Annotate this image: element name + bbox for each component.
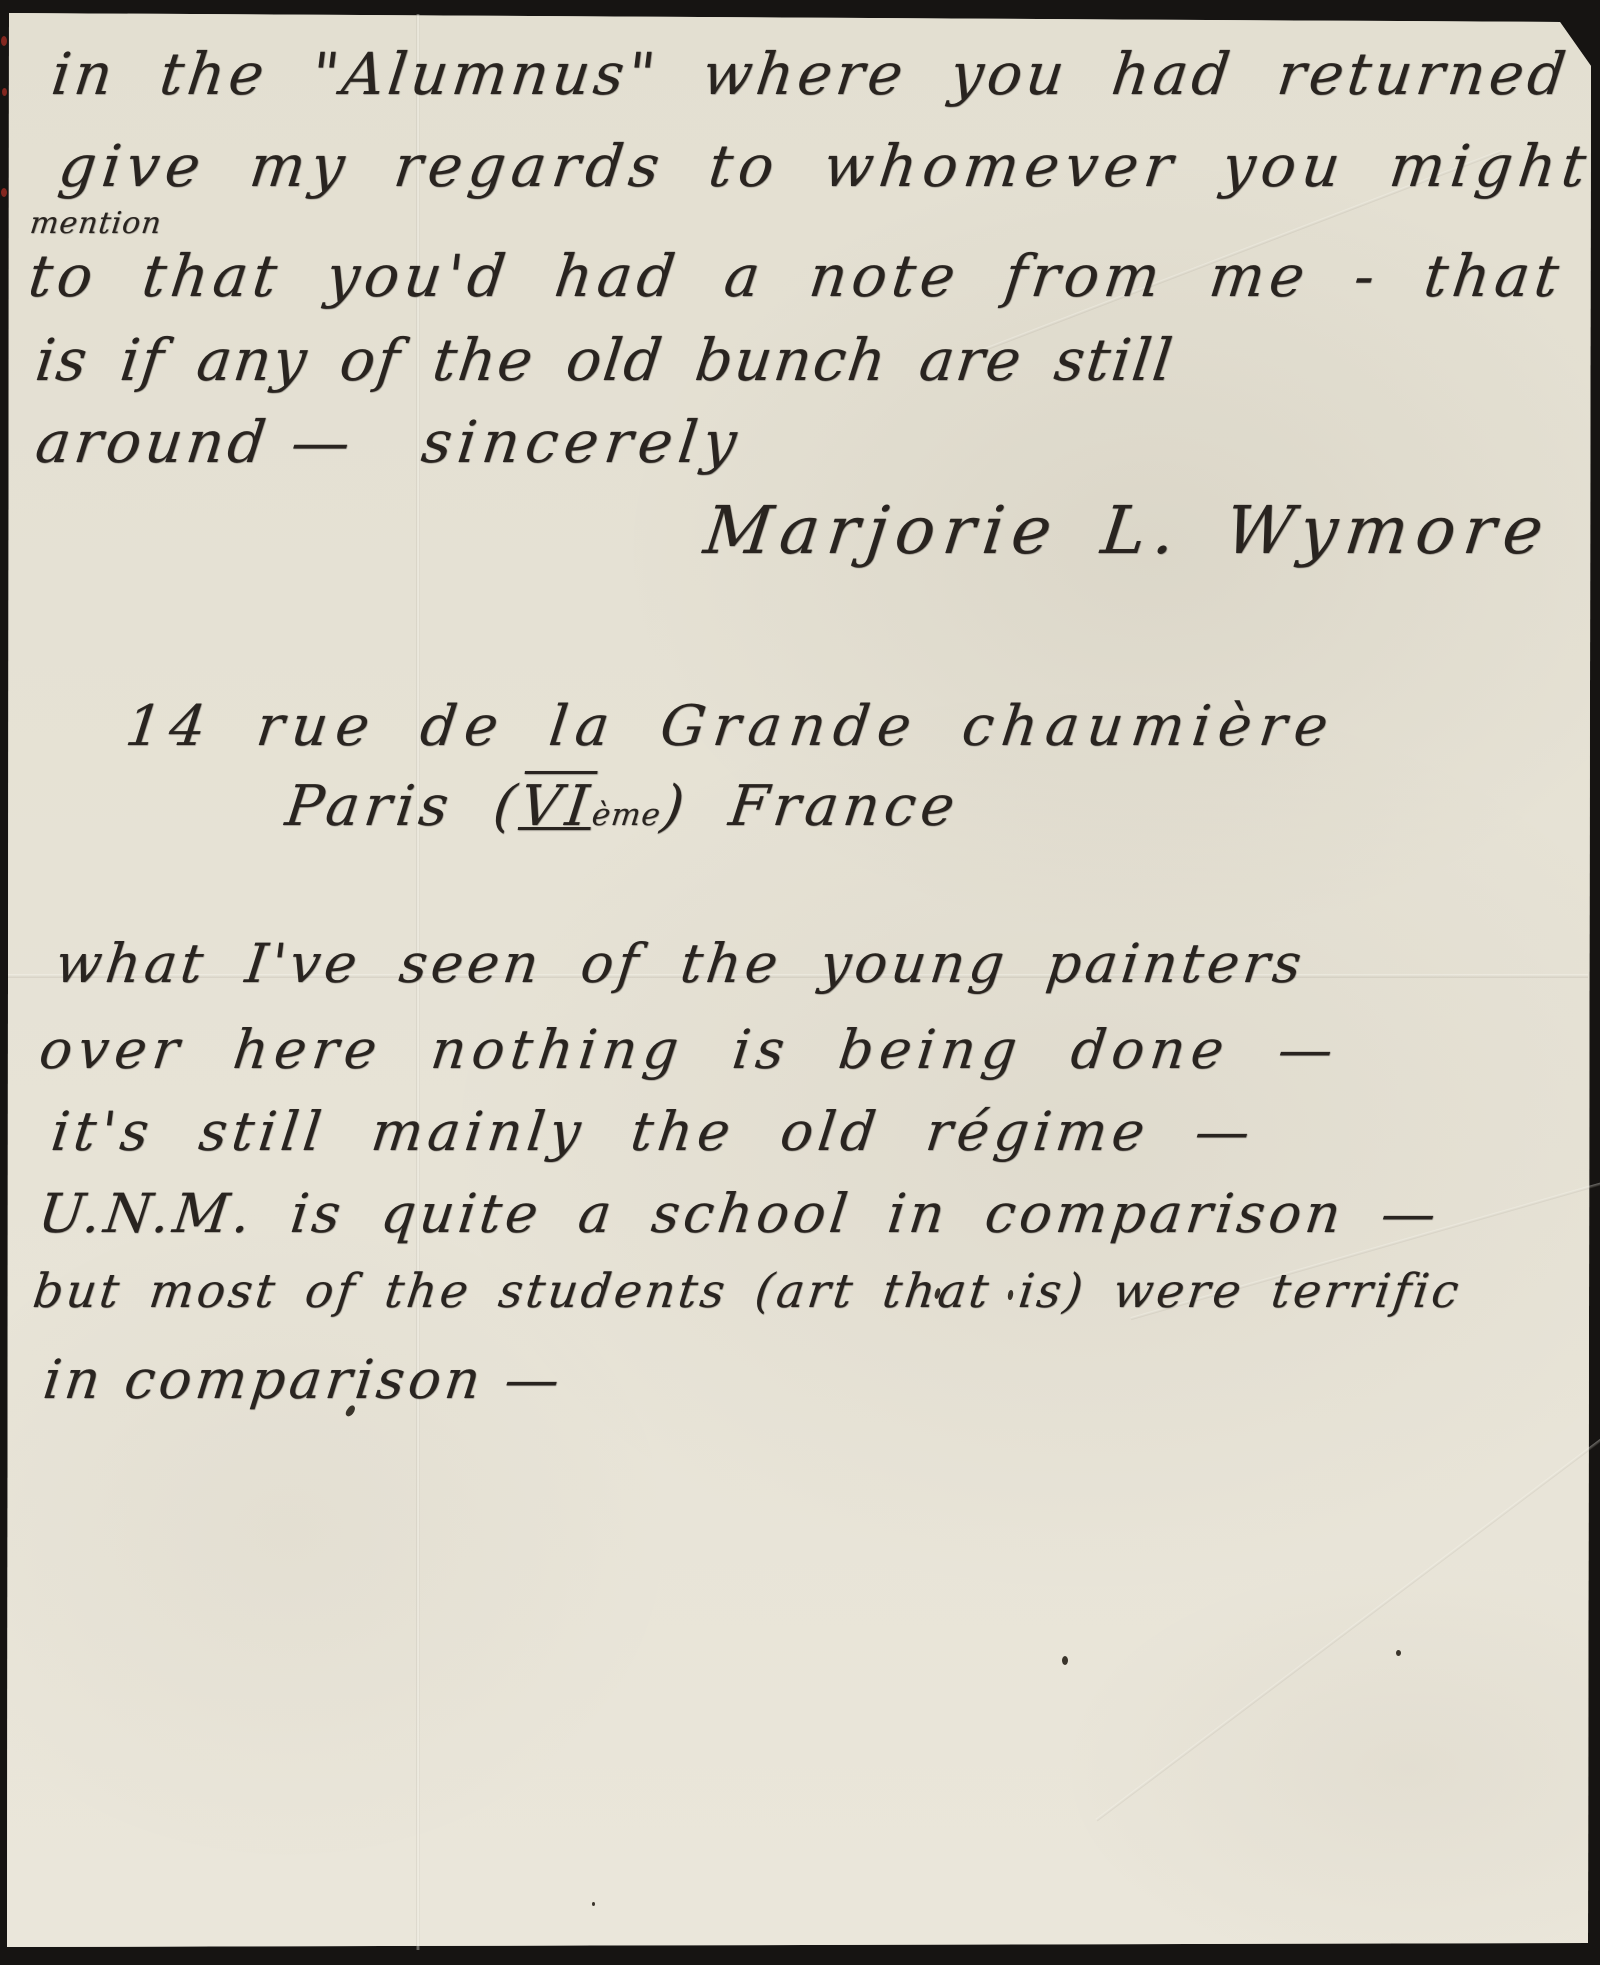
ink-speck (1396, 1650, 1401, 1656)
arrondissement-ordinal-suffix: ème (590, 797, 663, 833)
letter-line-3: to that you'd had a note from me - that (25, 242, 1567, 310)
postscript-line-1: what I've seen of the young painters (52, 932, 1309, 995)
scanned-letter-page: in the "Alumnus" where you had returned … (0, 0, 1600, 1965)
postscript-line-2: over here nothing is being done — (36, 1018, 1342, 1081)
address-line-street: 14 rue de la Grande chaumière (122, 694, 1339, 759)
scan-edge-red-fleck (2, 88, 7, 96)
address-line-city-country: Paris (VIème) France (282, 774, 963, 839)
arrondissement-roman-numeral: VI (517, 774, 598, 839)
postscript-line-4: U.N.M. is quite a school in comparison — (35, 1182, 1443, 1245)
ink-speck (1062, 1656, 1068, 1665)
address-city-prefix: Paris ( (282, 774, 525, 839)
address-country-rest: ) France (658, 774, 963, 839)
scan-edge-red-fleck (1, 188, 7, 197)
ink-speck (592, 1902, 595, 1906)
postscript-line-6: in comparison — (40, 1348, 567, 1411)
signature-marjorie-wymore: Marjorie L. Wymore (700, 492, 1555, 569)
letter-line-1: in the "Alumnus" where you had returned … (48, 40, 1600, 108)
letter-line-4: is if any of the old bunch are still (32, 326, 1178, 394)
scan-edge-red-fleck (1, 36, 7, 46)
postscript-line-3: it's still mainly the old régime — (48, 1100, 1258, 1163)
inserted-word-mention: mention (28, 206, 164, 241)
letter-line-5: around — (32, 408, 358, 476)
postscript-line-5: but most of the students (art that is) w… (30, 1264, 1464, 1319)
letter-line-2: give my regards to whomever you might (55, 132, 1596, 200)
closing-sincerely: sincerely (418, 408, 746, 476)
